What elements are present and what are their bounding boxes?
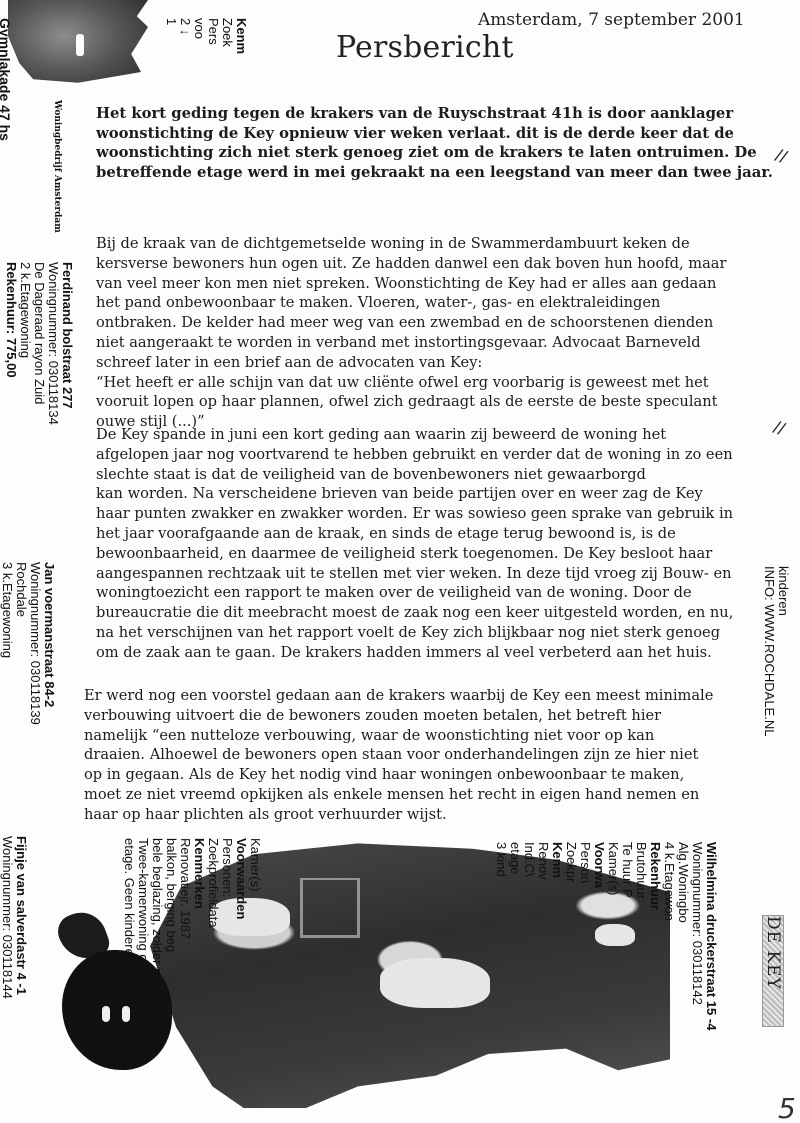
listing-ferdinand: Ferdinand bolstraat 277 Woningnummer: 03… (4, 262, 74, 425)
lead-paragraph: Het kort geding tegen de krakers van de … (96, 104, 756, 182)
margin-mark: // (771, 417, 788, 439)
woningbedrijf-label: Woningbedrijf Amsterdam (50, 100, 64, 233)
address-left-edge: Gymnlakade 47 hs (0, 18, 12, 141)
collage-photo-topleft (8, 0, 148, 90)
listing-wilhelmina: Wilhelmina druckerstraat 15 -4 Woningnum… (494, 842, 718, 1030)
scanned-page: Kenm Zoek Pers voo 2 ↓ 1 Gymnlakade 47 h… (0, 0, 800, 1123)
press-release-date: Amsterdam, 7 september 2001 (478, 10, 745, 30)
listing-fijnje: Fijnje van salverdastr 4 -1 Woningnummer… (0, 836, 28, 999)
de-key-logo: DE KEY (762, 915, 784, 1027)
paragraph-1: Bij de kraak van de dichtgemetselde woni… (96, 234, 756, 432)
paragraph-2: De Key spande in juni een kort geding aa… (96, 425, 756, 663)
margin-mark: // (773, 145, 790, 167)
page-number: 5 (778, 1092, 796, 1123)
listing-fragment-top: Kenm Zoek Pers voo 2 ↓ 1 (164, 18, 248, 54)
cow (380, 958, 490, 1008)
rochdale-info: kinderen INFO: WWW.ROCHDALE.NL (762, 566, 790, 736)
listing-jan: Jan voermanstraat 84-2 Woningnummer: 030… (0, 562, 56, 725)
page-title: Persbericht (336, 30, 514, 65)
eye (122, 1006, 130, 1022)
person-figure (76, 34, 84, 56)
paragraph-3: Er werd nog een voorstel gedaan aan de k… (84, 686, 744, 825)
fence-gate (300, 878, 360, 938)
dark-blob-figure (62, 950, 172, 1070)
eye (102, 1006, 110, 1022)
